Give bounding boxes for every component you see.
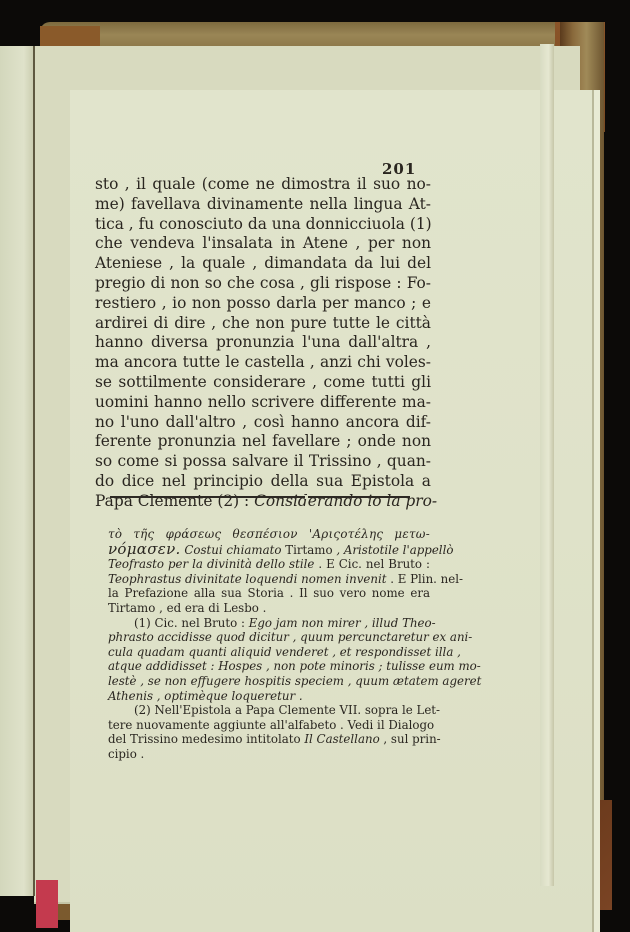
book-gutter: [33, 46, 35, 896]
text-line: ferente pronunzia nel favellare ; onde n…: [95, 432, 431, 452]
text-line: Ateniese , la quale , dimandata da lui d…: [95, 254, 431, 274]
footnote-line: Teofrasto per la divinità dello stile . …: [108, 557, 430, 572]
text-line: pregio di non so che cosa , gli rispose …: [95, 274, 431, 294]
text-roman: . E Plin. nel-: [386, 572, 463, 586]
book-cover-top-corner: [40, 26, 100, 48]
footnote-2-line: cipio .: [108, 747, 430, 762]
text-italic: Teophrastus divinitate loquendi nomen in…: [108, 572, 386, 586]
text-line: ardirei di dire , che non pure tutte le …: [95, 314, 431, 334]
text-roman: , sul prin-: [380, 732, 441, 746]
text-roman: del Trissino medesimo intitolato: [108, 732, 304, 746]
footnote-1-line: phrasto accidisse quod dicitur , quum pe…: [108, 630, 430, 645]
greek-quote-end: νόμασεν.: [108, 540, 181, 558]
footnote-1-line: lestè , se non effugere hospitis speciem…: [108, 674, 430, 689]
rule-break: [305, 495, 308, 499]
footnote-line: νόμασεν. Costui chiamato Tirtamo , Arist…: [108, 542, 430, 558]
bookmark-ribbon: [36, 880, 58, 928]
text-line: uomini hanno nello scrivere differente m…: [95, 393, 431, 413]
text-line: so come si possa salvare il Trissino , q…: [95, 452, 431, 472]
footnote-1-line: atque addidisset : Hospes , non pote min…: [108, 659, 430, 674]
footnote-separator-rule: [110, 496, 410, 498]
text-line-last: Papa Clemente (2) : Considerando io la p…: [95, 492, 431, 512]
footnote-line: Tirtamo , ed era di Lesbo .: [108, 601, 430, 616]
text-line: ma ancora tutte le castella , anzi chi v…: [95, 353, 431, 373]
main-text-body: sto , il quale (come ne dimostra il suo …: [95, 175, 431, 512]
text-line: no l'uno dall'altro , così hanno ancora …: [95, 413, 431, 433]
text-roman: . E Cic. nel Bruto :: [314, 557, 430, 571]
page-deckle-edge: [540, 44, 554, 886]
text-italic: Il Castellano: [304, 732, 379, 746]
facing-page-edge: [0, 46, 36, 896]
footnote-2-line: (2) Nell'Epistola a Papa Clemente VII. s…: [108, 703, 430, 718]
book-cover-top-edge: [40, 22, 600, 48]
text-roman: Tirtamo: [285, 543, 332, 557]
footnote-line: la Prefazione alla sua Storia . Il suo v…: [108, 586, 430, 601]
footnotes: τὸ τῆς φράσεως θεσπέσιον 'Αριςοτέλης μετ…: [108, 527, 430, 762]
text-line: do dice nel principio della sua Epistola…: [95, 472, 431, 492]
text-roman: Papa Clemente (2) :: [95, 492, 254, 510]
text-italic: Teofrasto per la divinità dello stile: [108, 557, 314, 571]
text-roman: (1) Cic. nel Bruto :: [134, 616, 249, 630]
text-line: se sottilmente considerare , come tutti …: [95, 373, 431, 393]
footnote-2-line: del Trissino medesimo intitolato Il Cast…: [108, 732, 430, 747]
footnote-line: Teophrastus divinitate loquendi nomen in…: [108, 572, 430, 587]
text-line: me) favellava divinamente nella lingua A…: [95, 195, 431, 215]
footnote-1-line: (1) Cic. nel Bruto : Ego jam non mirer ,…: [108, 616, 430, 631]
text-line: sto , il quale (come ne dimostra il suo …: [95, 175, 431, 195]
text-italic: Ego jam non mirer , illud Theo-: [249, 616, 436, 630]
text-italic: Costui chiamato: [181, 543, 286, 557]
footnote-2-line: tere nuovamente aggiunte all'alfabeto . …: [108, 718, 430, 733]
text-line: hanno diversa pronunzia l'una dall'altra…: [95, 333, 431, 353]
text-line: tica , fu conosciuto da una donnicciuola…: [95, 215, 431, 235]
text-italic: Considerando io la pro-: [254, 492, 437, 510]
text-line: restiero , io non posso darla per manco …: [95, 294, 431, 314]
footnote-1-line: Athenis , optimèque loqueretur .: [108, 689, 430, 704]
text-line: che vendeva l'insalata in Atene , per no…: [95, 234, 431, 254]
text-italic: , Aristotile l'appellò: [333, 543, 454, 557]
footnote-1-line: cula quadam quanti aliquid venderet , et…: [108, 645, 430, 660]
